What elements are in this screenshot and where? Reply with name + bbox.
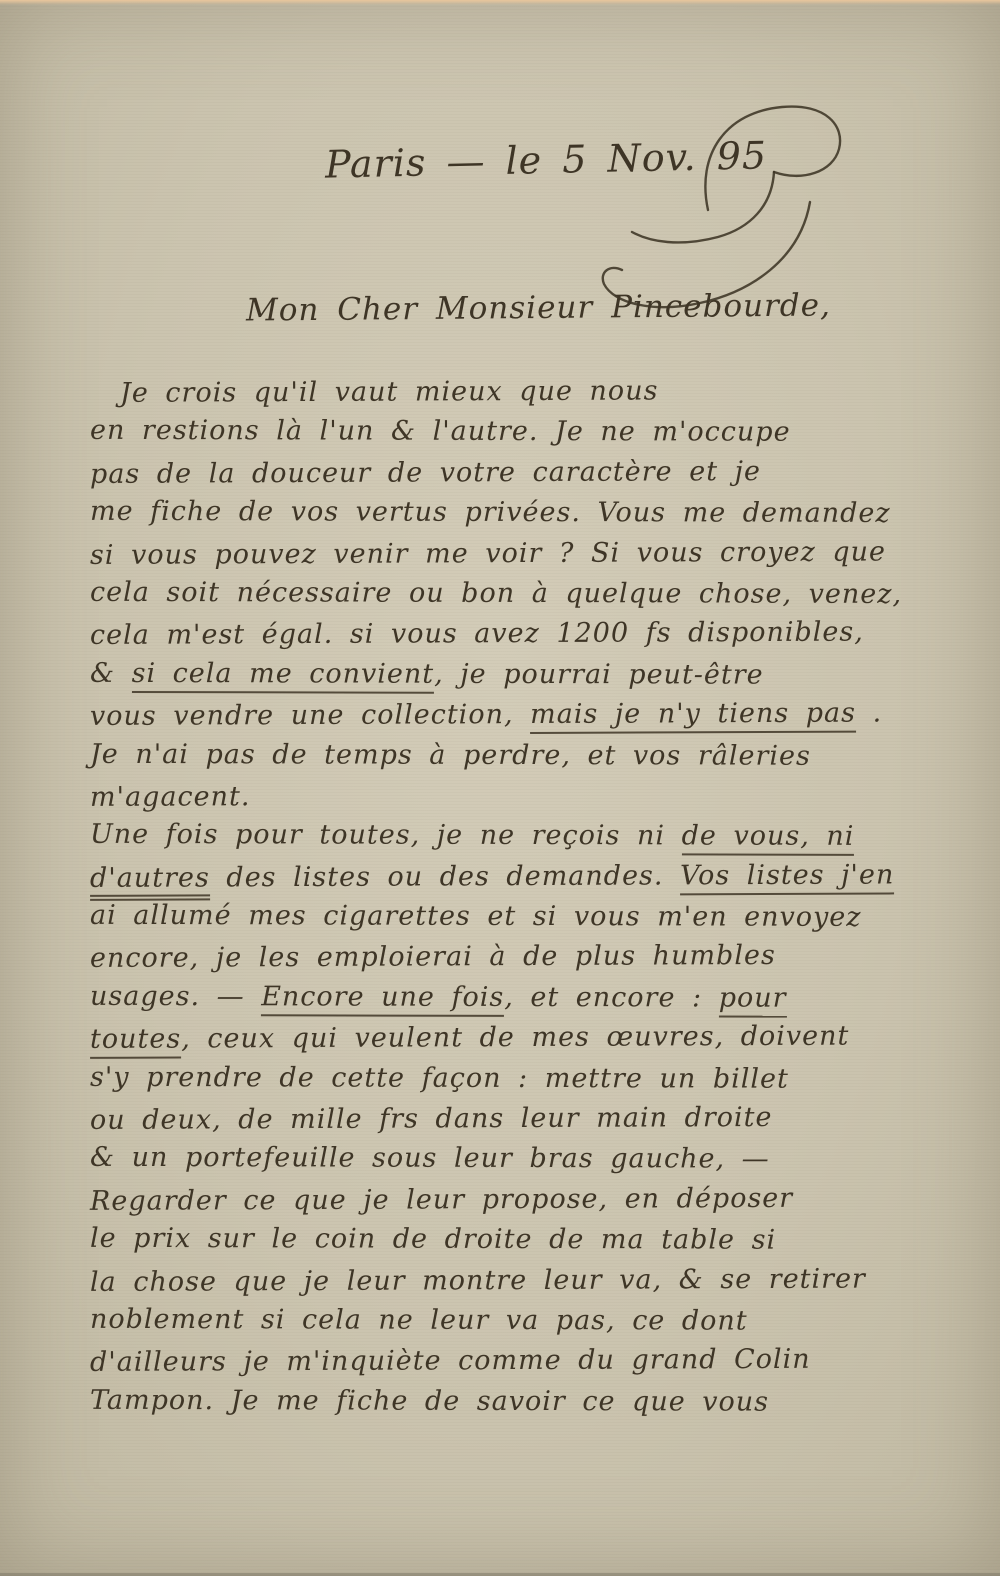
- letter-text-segment: Vos listes j'en: [680, 859, 894, 895]
- paper-edge-top: [0, 0, 1000, 5]
- letter-text-segment: des listes ou des demandes.: [210, 860, 680, 893]
- letter-line: si vous pouvez venir me voir ? Si vous c…: [90, 532, 974, 576]
- letter-text-segment: cela m'est égal. si vous avez 1200 fs di…: [90, 617, 864, 651]
- letter-text-segment: de vous, ni: [682, 821, 855, 856]
- letter-line: encore, je les emploierai à de plus humb…: [90, 936, 974, 980]
- letter-text-segment: ou deux, de mille frs dans leur main dro…: [90, 1102, 773, 1136]
- letter-text-segment: en restions là l'un & l'autre. Je ne m'o…: [90, 415, 791, 448]
- letter-line: cela soit nécessaire ou bon à quelque ch…: [90, 573, 974, 616]
- letter-line: en restions là l'un & l'autre. Je ne m'o…: [90, 411, 974, 454]
- scanned-letter-page: Paris — le 5 Nov. 95 Mon Cher Monsieur P…: [0, 0, 1000, 1576]
- letter-text-segment: me fiche de vos vertus privées. Vous me …: [90, 496, 891, 529]
- letter-text-segment: pas de la douceur de votre caractère et …: [90, 456, 761, 490]
- letter-text-segment: Encore une fois: [261, 981, 504, 1017]
- letter-line: me fiche de vos vertus privées. Vous me …: [90, 492, 974, 535]
- letter-line: m'agacent.: [90, 774, 974, 818]
- letter-text-segment: Je crois qu'il vaut mieux que nous: [120, 375, 659, 408]
- letter-text-segment: vous vendre une collection,: [90, 699, 530, 732]
- letter-line: ai allumé mes cigarettes et si vous m'en…: [90, 896, 974, 939]
- letter-text-segment: &: [90, 658, 132, 689]
- letter-text-segment: le prix sur le coin de droite de ma tabl…: [90, 1223, 776, 1256]
- letter-line: ou deux, de mille frs dans leur main dro…: [90, 1097, 974, 1141]
- letter-line: toutes, ceux qui veulent de mes œuvres, …: [90, 1016, 974, 1060]
- letter-text-segment: ai allumé mes cigarettes et si vous m'en…: [90, 900, 862, 933]
- letter-line: vous vendre une collection, mais je n'y …: [90, 693, 974, 737]
- letter-line: & si cela me convient, je pourrai peut-ê…: [90, 654, 974, 697]
- letter-text-segment: mais je n'y tiens pas: [530, 698, 856, 734]
- letter-line: Une fois pour toutes, je ne reçois ni de…: [90, 815, 974, 858]
- letter-text-segment: d'ailleurs je m'inquiète comme du grand …: [90, 1344, 811, 1378]
- letter-body: Je crois qu'il vaut mieux que nousen res…: [90, 372, 974, 1422]
- letter-line: d'autres des listes ou des demandes. Vos…: [90, 855, 974, 899]
- letter-text-segment: cela soit nécessaire ou bon à quelque ch…: [90, 577, 902, 610]
- letter-text-segment: , je pourrai peut-être: [434, 658, 764, 690]
- letter-text-segment: si vous pouvez venir me voir ? Si vous c…: [90, 536, 886, 570]
- letter-text-segment: toutes: [90, 1024, 181, 1059]
- letter-line: Regarder ce que je leur propose, en dépo…: [90, 1178, 974, 1222]
- letter-line: noblement si cela ne leur va pas, ce don…: [90, 1300, 974, 1343]
- letter-line: & un portefeuille sous leur bras gauche,…: [90, 1138, 974, 1181]
- letter-text-segment: Je n'ai pas de temps à perdre, et vos râ…: [90, 738, 811, 771]
- dateline-text: Paris — le 5 Nov. 95: [325, 133, 768, 186]
- letter-text-segment: Tampon. Je me fiche de savoir ce que vou…: [90, 1385, 769, 1418]
- dateline: Paris — le 5 Nov. 95: [325, 133, 768, 186]
- letter-text-segment: , et encore :: [504, 982, 719, 1014]
- letter-text-segment: si cela me convient: [132, 658, 435, 694]
- letter-text-segment: noblement si cela ne leur va pas, ce don…: [90, 1304, 748, 1337]
- salutation: Mon Cher Monsieur Pincebourde,: [246, 287, 831, 328]
- letter-line: pas de la douceur de votre caractère et …: [90, 451, 974, 495]
- letter-text-segment: s'y prendre de cette façon : mettre un b…: [90, 1061, 789, 1094]
- letter-line: s'y prendre de cette façon : mettre un b…: [90, 1057, 974, 1100]
- letter-line: Tampon. Je me fiche de savoir ce que vou…: [90, 1381, 974, 1424]
- letter-text-segment: encore, je les emploierai à de plus humb…: [90, 940, 776, 974]
- letter-text-segment: d'autres: [90, 862, 210, 901]
- letter-line: usages. — Encore une fois, et encore : p…: [90, 977, 974, 1020]
- letter-line: Je crois qu'il vaut mieux que nous: [90, 370, 974, 414]
- letter-line: d'ailleurs je m'inquiète comme du grand …: [90, 1339, 974, 1383]
- letter-text-segment: Une fois pour toutes, je ne reçois ni: [90, 819, 682, 852]
- letter-line: la chose que je leur montre leur va, & s…: [90, 1259, 974, 1303]
- letter-text-segment: usages. —: [90, 981, 261, 1012]
- letter-text-segment: m'agacent.: [90, 781, 251, 813]
- letter-text-segment: .: [856, 698, 882, 729]
- letter-line: cela m'est égal. si vous avez 1200 fs di…: [90, 612, 974, 656]
- letter-line: Je n'ai pas de temps à perdre, et vos râ…: [90, 734, 974, 777]
- letter-line: le prix sur le coin de droite de ma tabl…: [90, 1219, 974, 1262]
- letter-text-segment: & un portefeuille sous leur bras gauche,…: [90, 1142, 770, 1175]
- letter-text-segment: , ceux qui veulent de mes œuvres, doiven…: [181, 1021, 849, 1055]
- letter-text-segment: la chose que je leur montre leur va, & s…: [90, 1263, 866, 1297]
- letter-text-segment: Regarder ce que je leur propose, en dépo…: [90, 1183, 793, 1217]
- letter-text-segment: pour: [719, 982, 787, 1017]
